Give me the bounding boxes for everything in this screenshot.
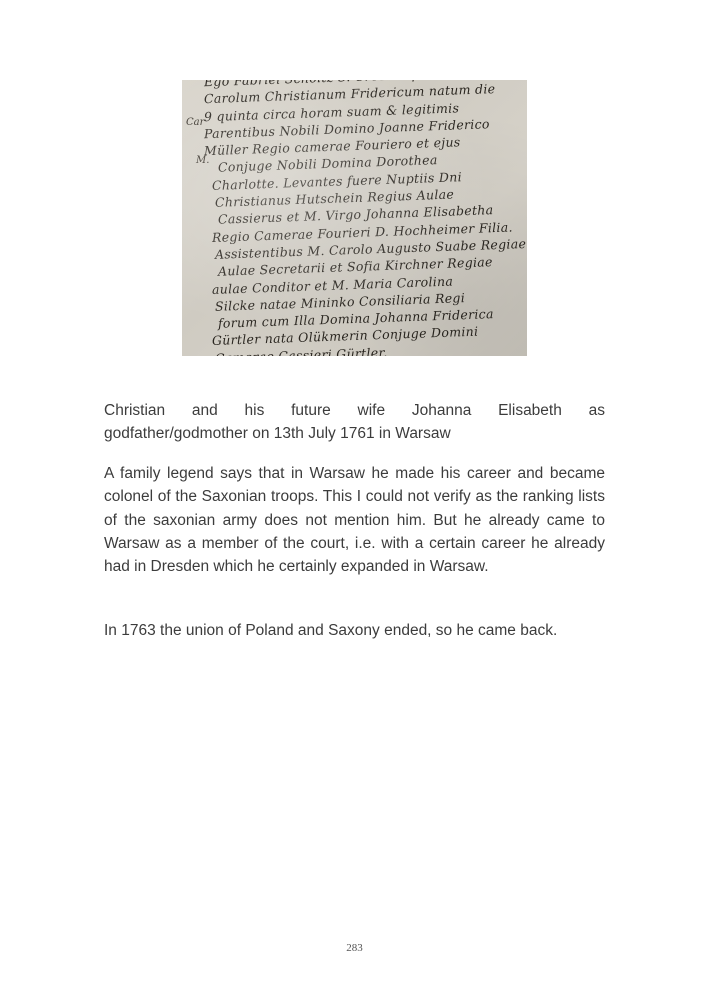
body-paragraph: A family legend says that in Warsaw he m… (104, 462, 605, 578)
caption-line-1: Christian and his future wife Johanna El… (104, 399, 605, 422)
handwriting-line: forum cum Illa Domina Johanna Friderica (182, 304, 527, 333)
handwriting-line: Cassierus et M. Virgo Johanna Elisabetha (182, 200, 527, 229)
handwriting-lines: Ego Fabriel Scholtz S. C. M. Baptizavi i… (182, 80, 527, 356)
handwriting-line: Assistentibus M. Carolo Augusto Suabe Re… (182, 235, 527, 264)
handwriting-line: Müller Regio camerae Fouriero et ejus (182, 131, 527, 160)
handwriting-line: Aulae Secretarii et Sofia Kirchner Regia… (182, 252, 527, 281)
handwriting-line: Regio Camerae Fourieri D. Hochheimer Fil… (182, 218, 527, 247)
handwriting-line: Carolum Christianum Fridericum natum die (182, 80, 527, 109)
handwriting-line: Parentibus Nobili Domino Joanne Frideric… (182, 114, 527, 143)
handwriting-line: Ego Fabriel Scholtz S. C. M. Baptizavi i… (182, 80, 527, 91)
handwriting-line: 9 quinta circa horam suam & legitimis (182, 97, 527, 126)
baptism-register-scan: Ego Fabriel Scholtz S. C. M. Baptizavi i… (182, 80, 527, 356)
handwriting-line: aulae Conditor et M. Maria Carolina (182, 270, 527, 299)
handwriting-line: Christianus Hutschein Regius Aulae (182, 183, 527, 212)
margin-note: Car (186, 117, 204, 128)
figure-caption: Christian and his future wife Johanna El… (104, 399, 605, 446)
handwriting-line: Conjuge Nobili Domina Dorothea (182, 148, 527, 177)
handwriting-line: Silcke natae Mininko Consiliaria Regi (182, 287, 527, 316)
handwriting-line: Charlotte. Levantes fuere Nuptiis Dni (182, 166, 527, 195)
body-paragraph: In 1763 the union of Poland and Saxony e… (104, 619, 605, 642)
handwriting-line: Gürtler nata Olükmerin Conjuge Domini (182, 321, 527, 350)
handwriting-line: Camerae Cassieri Gürtler. (182, 339, 527, 356)
page-number: 283 (0, 942, 709, 954)
margin-note: M. (196, 155, 209, 166)
caption-line-2: godfather/godmother on 13th July 1761 in… (104, 425, 451, 442)
